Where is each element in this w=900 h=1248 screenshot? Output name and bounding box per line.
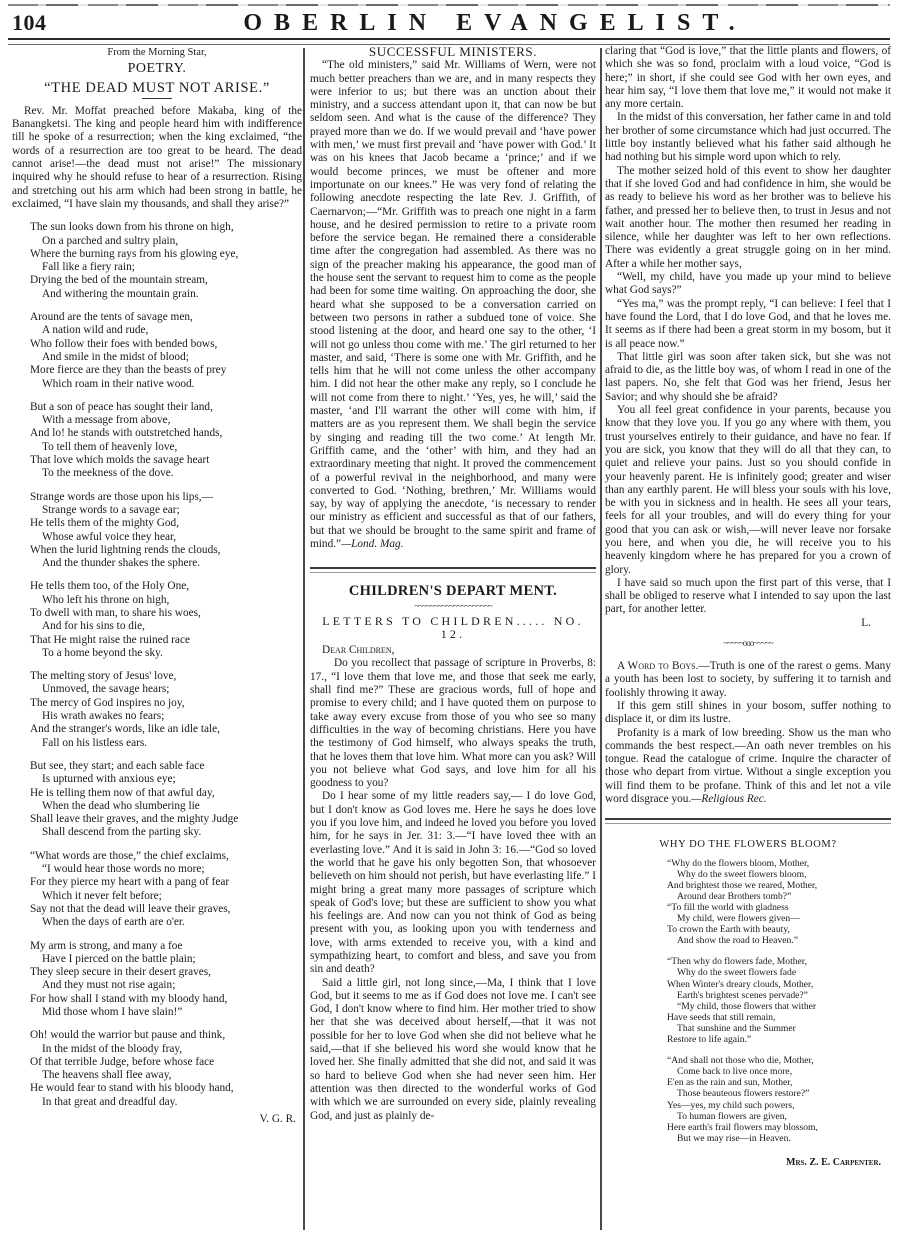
- poem-line: A nation wild and rude,: [30, 324, 302, 337]
- poem-line: And smile in the midst of blood;: [30, 351, 302, 364]
- poem-intro: Rev. Mr. Moffat preached before Makaba, …: [12, 105, 302, 211]
- poem-line: My child, were flowers given—: [667, 913, 891, 924]
- poem-line: When the lurid lightning rends the cloud…: [30, 544, 302, 557]
- poem-line: And brightest those we reared, Mother,: [667, 880, 891, 891]
- masthead: 104 OBERLIN EVANGELIST.: [0, 8, 900, 38]
- poem-line: Shall descend from the parting sky.: [30, 826, 302, 839]
- poem-line: For how shall I stand with my bloody han…: [30, 993, 302, 1006]
- poem-line: Of that terrible Judge, before whose fac…: [30, 1056, 302, 1069]
- poem-line: “To fill the world with gladness: [667, 902, 891, 913]
- poem-line: Is upturned with anxious eye;: [30, 773, 302, 786]
- poem-line: And lo! he stands with outstretched hand…: [30, 427, 302, 440]
- poem-line: But we may rise—in Heaven.: [667, 1133, 891, 1144]
- poem-line: But a son of peace has sought their land…: [30, 401, 302, 414]
- poem-line: To human flowers are given,: [667, 1111, 891, 1122]
- poem-line: The heavens shall flee away,: [30, 1069, 302, 1082]
- poem-line: E'en as the rain and sun, Mother,: [667, 1077, 891, 1088]
- poem-line: Here earth's frail flowers may blossom,: [667, 1122, 891, 1133]
- poem-title: “THE DEAD MUST NOT ARISE.”: [12, 82, 302, 95]
- title-rule: [142, 98, 172, 99]
- letter-paragraph: The mother seized hold of this event to …: [605, 165, 891, 271]
- poem-line: Oh! would the warrior but pause and thin…: [30, 1029, 302, 1042]
- poem-line: To a home beyond the sky.: [30, 647, 302, 660]
- poem-line: He tells them too, of the Holy One,: [30, 580, 302, 593]
- poem-line: When the days of earth are o'er.: [30, 916, 302, 929]
- article-source: —Lond. Mag.: [341, 538, 403, 550]
- poem-line: Have seeds that still remain,: [667, 1012, 891, 1023]
- poem-line: Drying the bed of the mountain stream,: [30, 274, 302, 287]
- poem-line: To tell them of heavenly love,: [30, 441, 302, 454]
- poem-signature: V. G. R.: [12, 1113, 302, 1126]
- poem-line: And the stranger's words, like an idle t…: [30, 723, 302, 736]
- poem-line: To dwell with man, to share his woes,: [30, 607, 302, 620]
- poem-line: With a message from above,: [30, 414, 302, 427]
- letter-paragraph: “Well, my child, have you made up your m…: [605, 271, 891, 298]
- column-right: claring that “God is love,” that the lit…: [605, 45, 891, 1169]
- poem-line: Come back to live once more,: [667, 1066, 891, 1077]
- letters-heading: LETTERS TO CHILDREN..... NO. 12.: [310, 615, 596, 642]
- letter-paragraph: In the midst of this conversation, her f…: [605, 111, 891, 164]
- newspaper-page: 104 OBERLIN EVANGELIST. From the Morning…: [0, 0, 900, 1248]
- poem-line: Whose awful voice they hear,: [30, 531, 302, 544]
- stanza: The sun looks down from his throne on hi…: [30, 221, 302, 301]
- gem-paragraph: If this gem still shines in your bosom, …: [605, 700, 891, 727]
- top-border-rule: [8, 4, 890, 6]
- poem-line: That He might raise the ruined race: [30, 634, 302, 647]
- stanza: “What words are those,” the chief exclai…: [30, 850, 302, 930]
- poem-line: To crown the Earth with beauty,: [667, 924, 891, 935]
- poem-line: His wrath awakes no fears;: [30, 710, 302, 723]
- word-to-boys: A Word to Boys.—Truth is one of the rare…: [605, 660, 891, 700]
- poem-line: That love which molds the savage heart: [30, 454, 302, 467]
- column-divider-2: [600, 48, 602, 1230]
- poem-line: On a parched and sultry plain,: [30, 235, 302, 248]
- word-to-boys-label: A Word to Boys.: [617, 660, 698, 672]
- poem-line: And the thunder shakes the sphere.: [30, 557, 302, 570]
- stanza: My arm is strong, and many a foeHave I p…: [30, 940, 302, 1020]
- stanza: Around are the tents of savage men,A nat…: [30, 311, 302, 391]
- poem-line: For they pierce my heart with a pang of …: [30, 876, 302, 889]
- profanity-paragraph: Profanity is a mark of low breeding. Sho…: [605, 727, 891, 807]
- poem-line: When Winter's dreary clouds, Mother,: [667, 979, 891, 990]
- newspaper-title: OBERLIN EVANGELIST.: [150, 10, 840, 37]
- poem-line: And withering the mountain grain.: [30, 288, 302, 301]
- poem-line: He would fear to stand with his bloody h…: [30, 1082, 302, 1095]
- poem-line: “Then why do flowers fade, Mother,: [667, 956, 891, 967]
- poem-line: He is telling them now of that awful day…: [30, 787, 302, 800]
- stanza: But a son of peace has sought their land…: [30, 401, 302, 481]
- flowers-poem-author: Mrs. Z. E. Carpenter.: [605, 1156, 891, 1169]
- poem-line: Around are the tents of savage men,: [30, 311, 302, 324]
- poem-line: Have I pierced on the battle plain;: [30, 953, 302, 966]
- poem-line: “I would hear those words no more;: [30, 863, 302, 876]
- column-middle: SUCCESSFUL MINISTERS. “The old ministers…: [310, 45, 596, 1123]
- poem-line: Those beauteous flowers restore?”: [667, 1088, 891, 1099]
- poem-line: And for his sins to die,: [30, 620, 302, 633]
- poem-line: He tells them of the mighty God,: [30, 517, 302, 530]
- section-rule: [605, 818, 891, 824]
- poem-line: Why do the sweet flowers bloom,: [667, 869, 891, 880]
- column-divider-1: [303, 48, 305, 1230]
- salutation: Dear Children,: [322, 644, 596, 657]
- section-heading-poetry: POETRY.: [12, 62, 302, 75]
- poem-line: That sunshine and the Summer: [667, 1023, 891, 1034]
- poem-line: Earth's brightest scenes pervade?”: [667, 990, 891, 1001]
- article-body: “The old ministers,” said Mr. Williams o…: [310, 59, 596, 551]
- poem-line: Who left his throne on high,: [30, 594, 302, 607]
- poem-line: The melting story of Jesus' love,: [30, 670, 302, 683]
- poem-line: Yes—yes, my child such powers,: [667, 1100, 891, 1111]
- flowers-poem-title: WHY DO THE FLOWERS BLOOM?: [605, 838, 891, 851]
- poem-line: Fall on his listless ears.: [30, 737, 302, 750]
- poem-line: “My child, those flowers that wither: [667, 1001, 891, 1012]
- letter-paragraph: That little girl was soon after taken si…: [605, 351, 891, 404]
- source-credit: From the Morning Star,: [12, 46, 302, 59]
- poem-line: Unmoved, the savage hears;: [30, 683, 302, 696]
- poem-line: “And shall not those who die, Mother,: [667, 1055, 891, 1066]
- poem-line: Restore to life again.”: [667, 1034, 891, 1045]
- poem-line: And show the road to Heaven.”: [667, 935, 891, 946]
- poem-line: Where the burning rays from his glowing …: [30, 248, 302, 261]
- stanza-gap: [667, 1045, 891, 1055]
- poem-line: And they must not rise again;: [30, 979, 302, 992]
- letter-paragraph: Do I hear some of my little readers say,…: [310, 790, 596, 976]
- poem-line: In the midst of the bloody fray,: [30, 1043, 302, 1056]
- poem-line: In that great and dreadful day.: [30, 1096, 302, 1109]
- poem-line: Which roam in their native wood.: [30, 378, 302, 391]
- poem-line: To the meekness of the dove.: [30, 467, 302, 480]
- ornament-wave: ~~~~~~~~~~~~~~~~~~~~: [310, 601, 596, 611]
- stanza-gap: [667, 946, 891, 956]
- department-title: CHILDREN'S DEPART MENT.: [310, 585, 596, 598]
- letter-paragraph: Do you recollect that passage of scriptu…: [310, 657, 596, 790]
- poem-line: When the dead who slumbering lie: [30, 800, 302, 813]
- poem-line: But see, they start; and each sable face: [30, 760, 302, 773]
- ornament-divider: ~~~~~ooo~~~~~: [605, 638, 891, 648]
- stanza: But see, they start; and each sable face…: [30, 760, 302, 840]
- stanza: The melting story of Jesus' love,Unmoved…: [30, 670, 302, 750]
- poem-line: The sun looks down from his throne on hi…: [30, 221, 302, 234]
- poem-line: More fierce are they than the beasts of …: [30, 364, 302, 377]
- letter-signature: L.: [605, 617, 891, 630]
- poem-line: “What words are those,” the chief exclai…: [30, 850, 302, 863]
- poem-line: Shall leave their graves, and the mighty…: [30, 813, 302, 826]
- poem-line: The mercy of God inspires no joy,: [30, 697, 302, 710]
- stanza: Strange words are those upon his lips,—S…: [30, 491, 302, 571]
- poem-body: The sun looks down from his throne on hi…: [12, 221, 302, 1109]
- poem-line: My arm is strong, and many a foe: [30, 940, 302, 953]
- column-poetry: From the Morning Star, POETRY. “THE DEAD…: [12, 45, 302, 1126]
- article-text: “The old ministers,” said Mr. Williams o…: [310, 59, 596, 550]
- stanza: Oh! would the warrior but pause and thin…: [30, 1029, 302, 1109]
- article-title: SUCCESSFUL MINISTERS.: [310, 45, 596, 58]
- poem-line: Which it never felt before;: [30, 890, 302, 903]
- poem-line: Fall like a fiery rain;: [30, 261, 302, 274]
- letter-paragraph: “Yes ma,” was the prompt reply, “I can b…: [605, 298, 891, 351]
- letter-paragraph: Said a little girl, not long since,—Ma, …: [310, 977, 596, 1123]
- letter-paragraph: claring that “God is love,” that the lit…: [605, 45, 891, 111]
- letter-paragraph: You all feel great confidence in your pa…: [605, 404, 891, 577]
- poem-line: Mid those whom I have slain!”: [30, 1006, 302, 1019]
- poem-line: Around dear Brothers tomb?”: [667, 891, 891, 902]
- poem-line: Strange words are those upon his lips,—: [30, 491, 302, 504]
- poem-line: Strange words to a savage ear;: [30, 504, 302, 517]
- letter-paragraph: I have said so much upon the first part …: [605, 577, 891, 617]
- stanza: He tells them too, of the Holy One,Who l…: [30, 580, 302, 660]
- section-rule: [310, 567, 596, 573]
- poem-line: They sleep secure in their desert graves…: [30, 966, 302, 979]
- profanity-source: —Religious Rec.: [691, 793, 766, 805]
- poem-line: Why do the sweet flowers fade: [667, 967, 891, 978]
- flowers-poem-body: “Why do the flowers bloom, Mother,Why do…: [667, 858, 891, 1144]
- poem-line: Say not that the dead will leave their g…: [30, 903, 302, 916]
- poem-line: “Why do the flowers bloom, Mother,: [667, 858, 891, 869]
- poem-line: Who follow their foes with bended bows,: [30, 338, 302, 351]
- page-number: 104: [12, 10, 47, 36]
